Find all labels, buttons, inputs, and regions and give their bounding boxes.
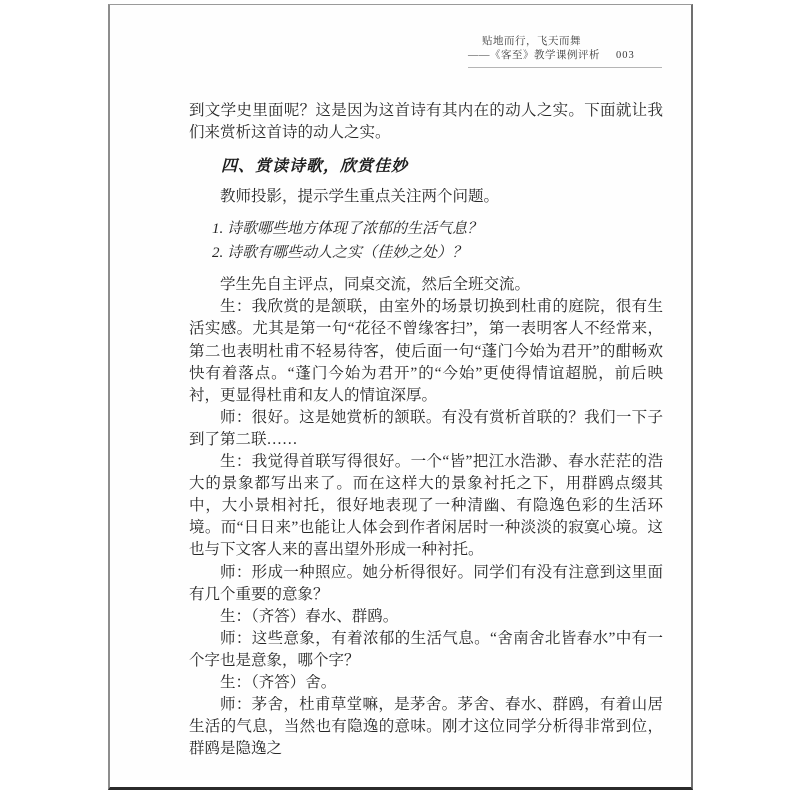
header-title: 贴地而行，飞天而舞 (468, 35, 662, 49)
question-item-1: 1. 诗歌哪些地方体现了浓郁的生活气息？ (189, 217, 663, 241)
paragraph-continuation: 到文学史里面呢？这是因为这首诗有其内在的动人之实。下面就让我们来赏析这首诗的动人… (189, 100, 663, 144)
paragraph-student: 生：我觉得首联写得很好。一个“皆”把江水浩渺、春水茫茫的浩大的景象都写出来了。而… (189, 451, 663, 561)
section-heading: 四、赏读诗歌，欣赏佳妙 (189, 153, 663, 176)
question-item-2: 2. 诗歌有哪些动人之实（佳妙之处）？ (189, 241, 663, 265)
paragraph-teacher-note: 教师投影，提示学生重点关注两个问题。 (189, 186, 663, 208)
header-subtitle: ——《客至》教学课例评析 (468, 50, 600, 61)
page-number: 003 (616, 50, 635, 61)
paragraph-teacher: 师：形成一种照应。她分析得很好。同学们有没有注意到这里面有几个重要的意象？ (189, 562, 663, 606)
paragraph-teacher: 师：很好。这是她赏析的颔联。有没有赏析首联的？我们一下子到了第二联…… (189, 407, 663, 451)
book-page: 贴地而行，飞天而舞 ——《客至》教学课例评析003 到文学史里面呢？这是因为这首… (108, 4, 693, 790)
header-subtitle-row: ——《客至》教学课例评析003 (468, 49, 662, 63)
body-text: 到文学史里面呢？这是因为这首诗有其内在的动人之实。下面就让我们来赏析这首诗的动人… (189, 100, 663, 760)
paragraph-teacher: 师：这些意象，有着浓郁的生活气息。“舍南舍北皆春水”中有一个字也是意象，哪个字？ (189, 628, 663, 672)
paragraph-student: 生：（齐答）舍。 (189, 672, 663, 694)
paragraph-student: 生：我欣赏的是颔联，由室外的场景切换到杜甫的庭院，很有生活实感。尤其是第一句“花… (189, 296, 663, 406)
paragraph-activity-note: 学生先自主评点，同桌交流，然后全班交流。 (189, 274, 663, 296)
paragraph-teacher: 师：茅舍，杜甫草堂嘛，是茅舍。茅舍、春水、群鸥，有着山居生活的气息，当然也有隐逸… (189, 694, 663, 760)
paragraph-student: 生：（齐答）春水、群鸥。 (189, 606, 663, 628)
running-header: 贴地而行，飞天而舞 ——《客至》教学课例评析003 (468, 35, 662, 68)
